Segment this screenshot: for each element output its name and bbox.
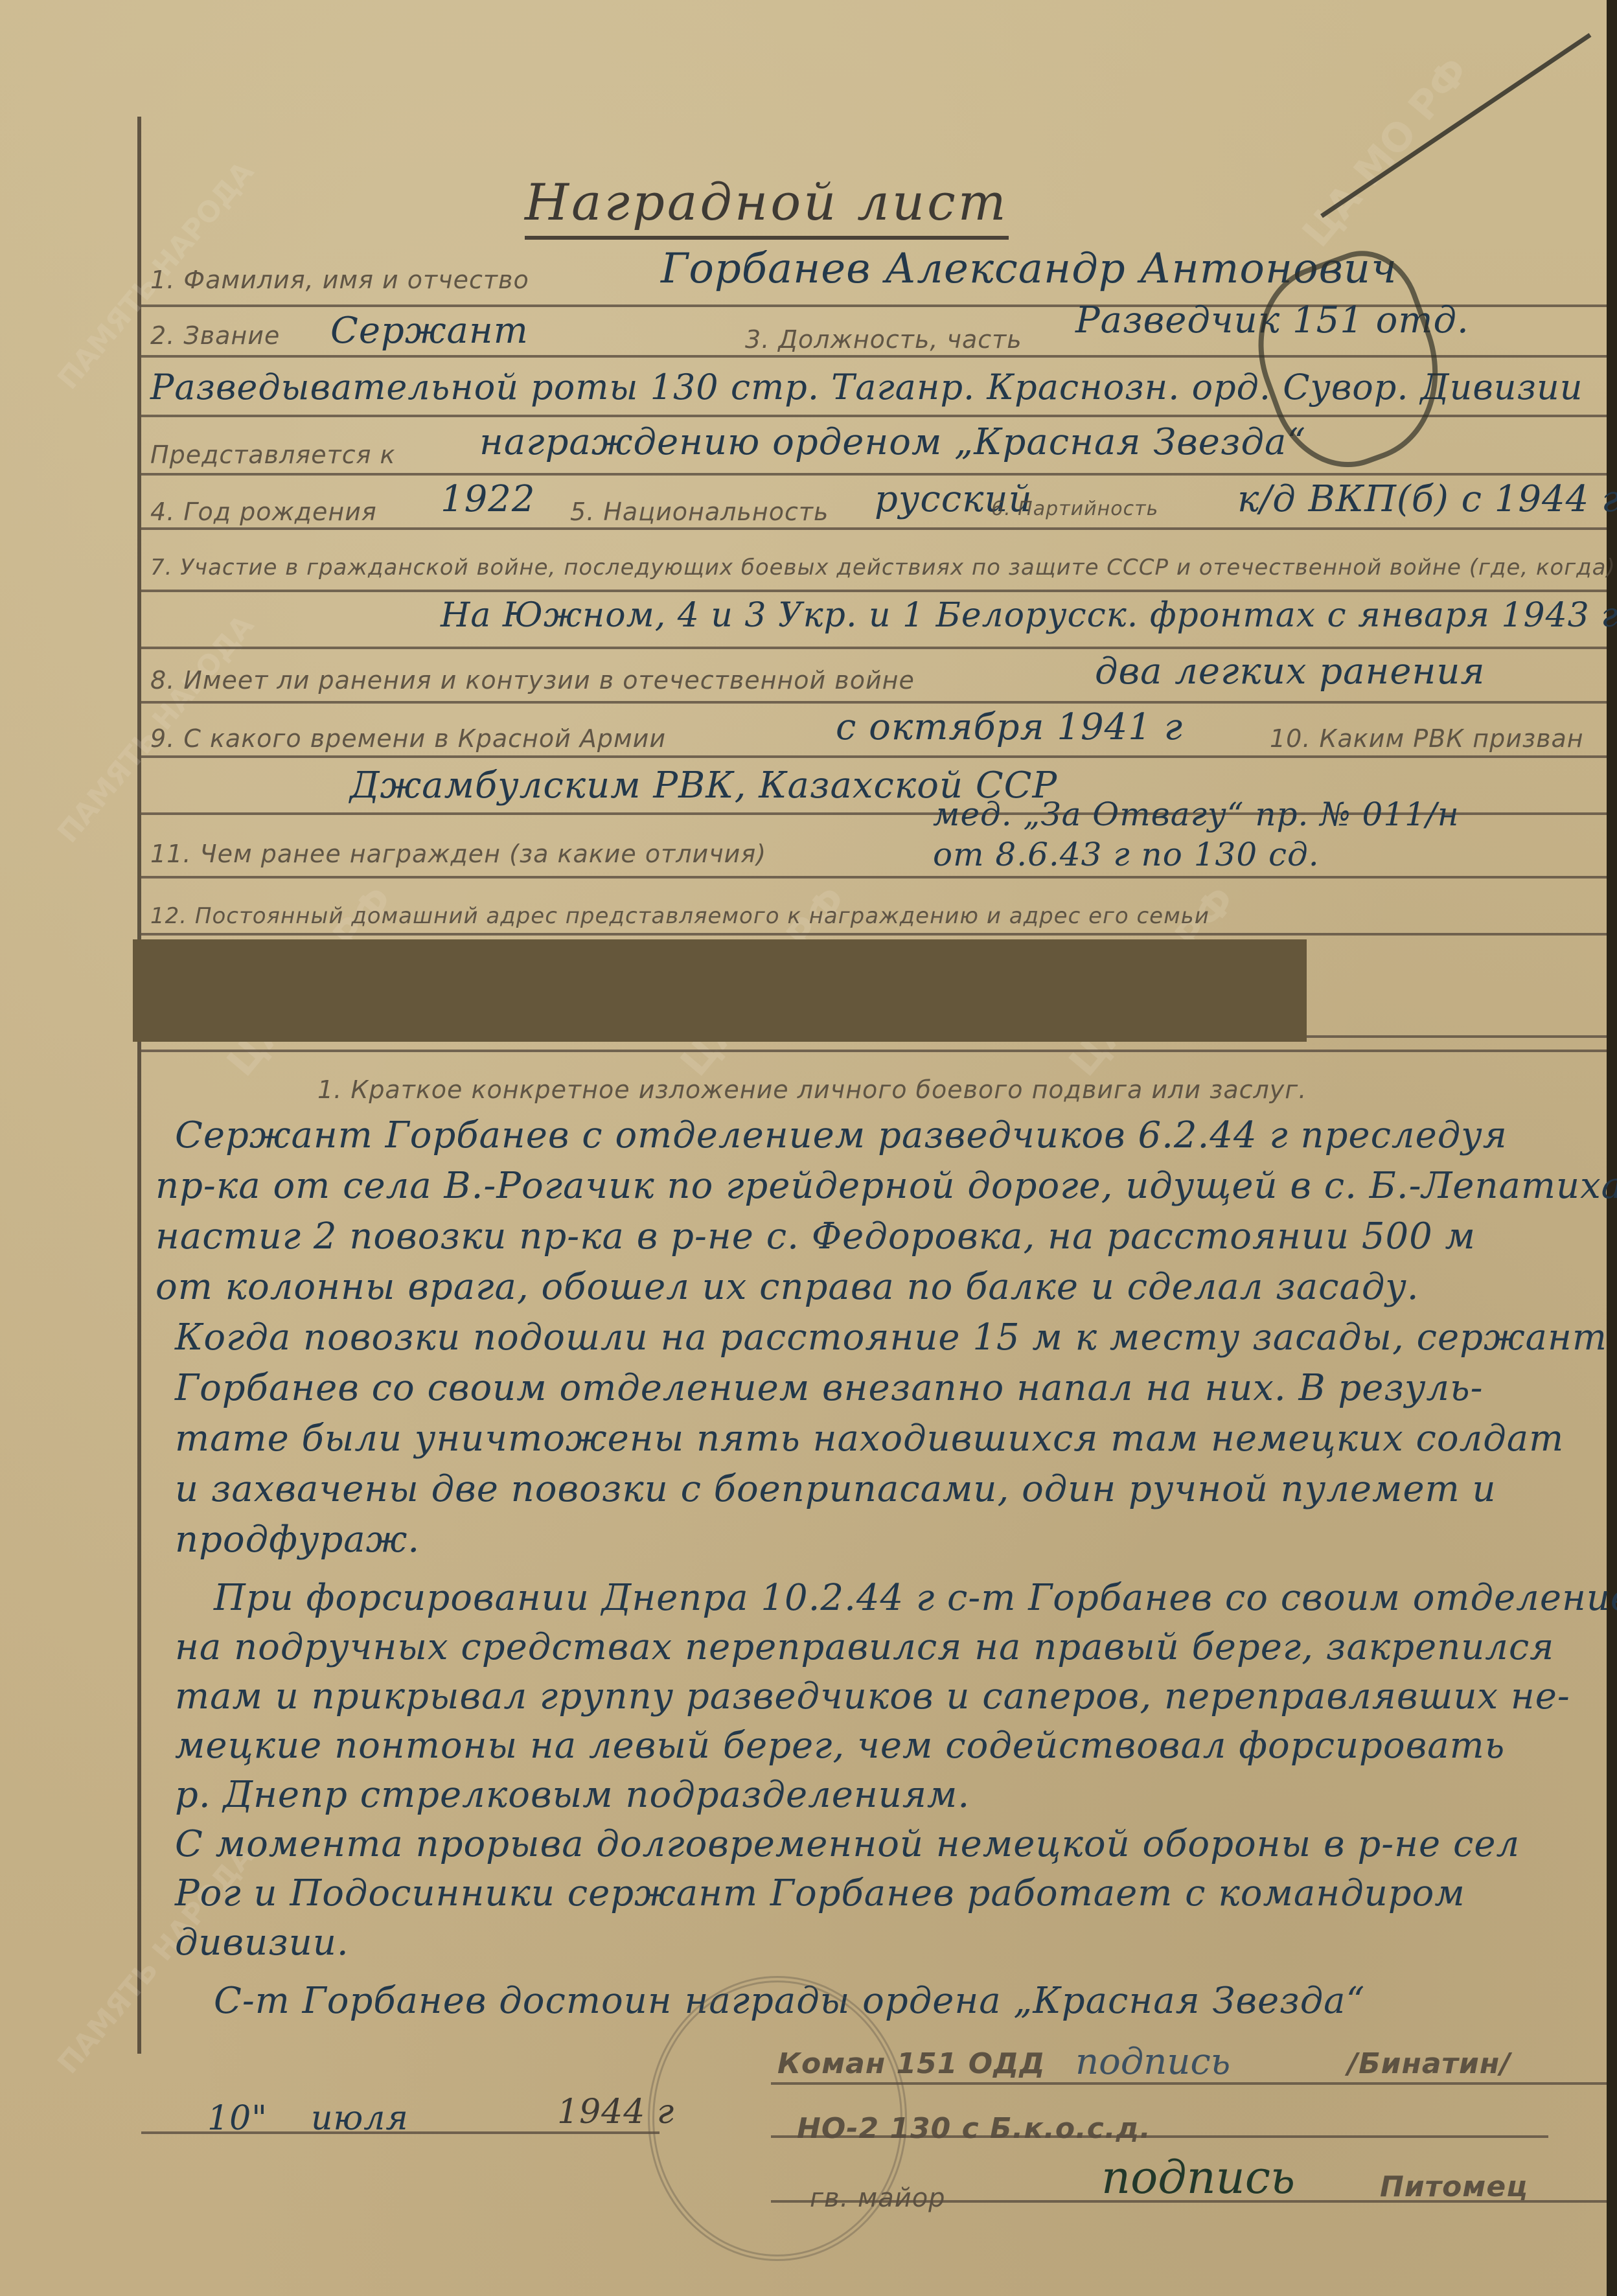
narrative-line: Сержант Горбанев с отделением разведчико… [175,1114,1561,1165]
field-value-participation: На Южном, 4 и 3 Укр. и 1 Белорусск. фрон… [441,596,1617,635]
rule [141,647,1607,649]
field-label: Каким РВК призван [1320,724,1584,753]
field-number: 12 [150,903,179,929]
field-label: Участие в гражданской войне, последующих… [180,555,1616,580]
chief-title: НО-2 130 с Б.к.о.с.д. [797,2112,1151,2145]
chief-signature: подпись [1101,2151,1295,2204]
field-value-service-since: с октября 1941 г [836,706,1183,748]
field-label-address: 12. Постоянный домашний адрес представля… [150,903,1210,929]
date-year: 1944 г [557,2093,674,2131]
narrative-line: на подручных средствах переправился на п… [175,1626,1561,1675]
rule [141,590,1607,592]
field-number: 6 [991,498,1004,520]
field-number: 5 [570,498,586,526]
narrative-line: и захвачены две повозки с боеприпасами, … [175,1468,1561,1519]
narrative-line: продфураж. [175,1519,1561,1577]
rule [771,2200,1607,2203]
margin-line [137,117,141,2054]
narrative-line: там и прикрывал группу разведчиков и сап… [175,1675,1561,1725]
field-value-rank: Сержант [330,310,529,352]
rule [141,755,1607,758]
field-number: 11 [150,840,183,868]
field-label: Фамилия, имя и отчество [183,266,529,294]
field-label: Имеет ли ранения и контузии в отечествен… [183,666,915,695]
narrative-line: настиг 2 повозки пр-ка в р-не с. Федоров… [155,1215,1561,1266]
chief-name: Питомец [1380,2170,1528,2203]
field-value-birth-year: 1922 [441,478,536,520]
redaction-block [133,939,1307,1042]
field-label-wounds: 8. Имеет ли ранения и контузии в отечест… [150,666,915,695]
field-label-position: 3. Должность, часть [745,325,1022,354]
field-value-presented: награждению орденом „Красная Звезда“ [479,421,1306,463]
field-number: 9 [150,724,166,753]
rule [771,2082,1607,2085]
narrative-line: Когда повозки подошли на расстояние 15 м… [175,1316,1561,1367]
field-value-previous-awards-2: от 8.6.43 г по 130 сд. [933,836,1320,873]
field-number: 10 [1270,724,1302,753]
rule [141,876,1607,878]
narrative-line: С момента прорыва долговременной немецко… [175,1823,1561,1872]
field-label: Чем ранее награжден (за какие отличия) [200,840,767,868]
field-label: Год рождения [183,498,376,526]
field-value-wounds: два легких ранения [1095,650,1485,693]
field-label-previous-awards: 11. Чем ранее награжден (за какие отличи… [150,840,766,868]
rule [771,2135,1548,2138]
field-label-party: 6. Партийность [991,498,1158,520]
field-label-service-since: 9. С какого времени в Красной Армии [150,724,666,753]
field-label: Звание [183,321,280,350]
section-heading: 1. Краткое конкретное изложение личного … [317,1075,1307,1104]
field-label-participation: 7. Участие в гражданской войне, последую… [150,555,1616,580]
chief-rank: гв. майор [810,2183,946,2213]
narrative-line: от колонны врага, обошел их справа по ба… [155,1266,1561,1316]
narrative-line: р. Днепр стрелковым подразделениям. [175,1774,1561,1823]
narrative-line: мецкие понтоны на левый берег, чем содей… [175,1725,1561,1774]
field-label: Партийность [1018,498,1158,520]
rule [141,527,1607,530]
field-value-previous-awards-1: мед. „За Отвагу“ пр. № 011/н [933,796,1460,833]
rule [141,701,1607,704]
field-label-conscripted: 10. Каким РВК призван [1270,724,1584,753]
field-number: 1 [150,266,166,294]
field-label: Постоянный домашний адрес представляемог… [195,903,1210,929]
field-number: 2 [150,321,166,350]
commander-name: /Бинатин/ [1347,2047,1511,2080]
field-value-party: к/д ВКП(б) с 1944 г [1237,478,1617,520]
narrative-body: Сержант Горбанев с отделением разведчико… [175,1114,1561,2029]
narrative-line: При форсировании Днепра 10.2.44 г с-т Го… [214,1577,1561,1626]
rule [141,473,1607,476]
document-title: Наградной лист [525,174,1009,240]
field-number: 8 [150,666,166,695]
field-label-birth-year: 4. Год рождения [150,498,377,526]
rule [141,2131,659,2134]
field-label: Национальность [603,498,829,526]
field-label-rank: 2. Звание [150,321,280,350]
narrative-line: Рог и Подосинники сержант Горбанев работ… [175,1872,1561,1922]
narrative-line: дивизии. [175,1922,1561,1980]
field-number: 3 [745,325,761,354]
field-number: 7 [150,555,165,580]
narrative-line: тате были уничтожены пять находившихся т… [175,1418,1561,1468]
rule [141,933,1607,936]
narrative-line: С-т Горбанев достоин награды ордена „Кра… [214,1980,1561,2029]
narrative-line: Горбанев со своим отделением внезапно на… [175,1367,1561,1418]
rule [141,1050,1607,1052]
field-number: 4 [150,498,166,526]
commander-signature: подпись [1075,2041,1230,2083]
field-label: Должность, часть [778,325,1022,354]
field-label: С какого времени в Красной Армии [183,724,666,753]
field-label-presented: Представляется к [150,441,396,469]
commander-title: Коман 151 ОДД [777,2047,1046,2080]
field-label-name: 1. Фамилия, имя и отчество [150,266,529,294]
field-label-nationality: 5. Национальность [570,498,829,526]
scan-edge [1607,0,1617,2296]
narrative-line: пр-ка от села В.-Рогачик по грейдерной д… [155,1165,1561,1215]
